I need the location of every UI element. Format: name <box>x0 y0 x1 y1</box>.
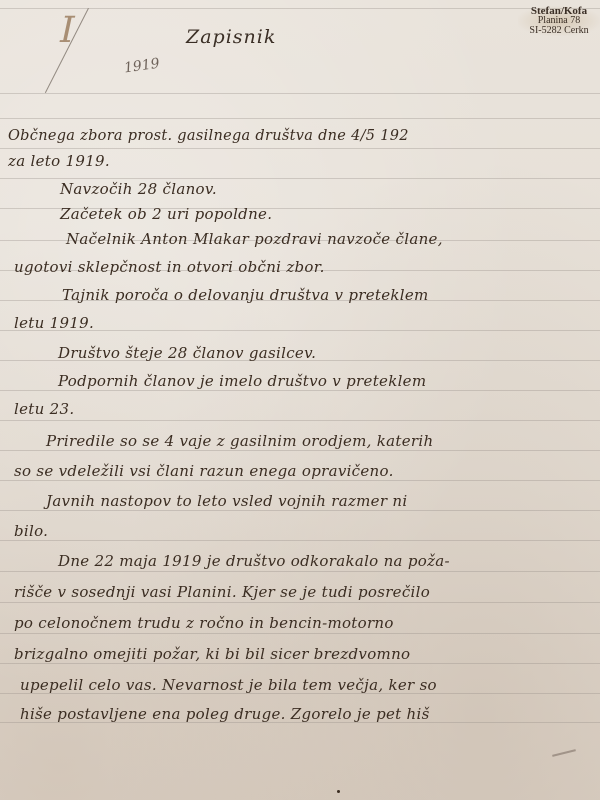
scanned-document-page: Stefan/Kofa Planina 78 SI-5282 Cerkn I 1… <box>0 0 600 800</box>
ruled-line <box>0 540 600 541</box>
text-line: brizgalno omejiti požar, ki bi bil sicer… <box>14 645 410 663</box>
ruled-line <box>0 663 600 664</box>
text-line: Podpornih članov je imelo društvo v pret… <box>58 372 426 390</box>
text-line: Začetek ob 2 uri popoldne. <box>60 205 272 223</box>
text-line: po celonočnem trudu z ročno in bencin-mo… <box>14 614 394 632</box>
text-line: Dne 22 maja 1919 je društvo odkorakalo n… <box>58 552 450 570</box>
ruled-line <box>0 118 600 119</box>
text-line: za leto 1919. <box>8 152 110 170</box>
text-line: Načelnik Anton Mlakar pozdravi navzoče č… <box>66 230 443 248</box>
ruled-line <box>0 420 600 421</box>
ruled-line <box>0 8 600 9</box>
ruled-line <box>0 602 600 603</box>
ruled-line <box>0 450 600 451</box>
text-line: Javnih nastopov to leto vsled vojnih raz… <box>46 492 407 510</box>
text-line: rišče v sosednji vasi Planini. Kjer se j… <box>14 583 430 601</box>
ruled-line <box>0 390 600 391</box>
ruled-line <box>0 480 600 481</box>
text-line: so se vdeležili vsi člani razun enega op… <box>14 462 394 480</box>
text-line: ugotovi sklepčnost in otvori občni zbor. <box>14 258 325 276</box>
ruled-line <box>0 148 600 149</box>
text-line: letu 23. <box>14 400 74 418</box>
text-line: bilo. <box>14 522 48 540</box>
text-line: Priredile so se 4 vaje z gasilnim orodje… <box>46 432 433 450</box>
ink-speck <box>337 790 340 793</box>
year-note: 1919 <box>123 56 161 77</box>
text-line: Občnega zbora prost. gasilnega društva d… <box>8 128 409 144</box>
ruled-line <box>0 510 600 511</box>
stamp-postcode: SI-5282 Cerkn <box>518 26 600 36</box>
text-line: upepelil celo vas. Nevarnost je bila tem… <box>20 676 437 694</box>
text-line: hiše postavljene ena poleg druge. Zgorel… <box>20 705 430 723</box>
ruled-line <box>0 178 600 179</box>
owner-stamp: Stefan/Kofa Planina 78 SI-5282 Cerkn <box>518 6 600 36</box>
text-line: Tajnik poroča o delovanju društva v pret… <box>62 286 429 304</box>
document-title: Zapisnik <box>186 26 276 48</box>
ruled-line <box>0 93 600 94</box>
text-line: Društvo šteje 28 članov gasilcev. <box>58 344 316 362</box>
ruled-line <box>0 571 600 572</box>
text-line: Navzočih 28 članov. <box>60 180 217 198</box>
pencil-mark <box>552 749 576 757</box>
ruled-line <box>0 633 600 634</box>
text-line: letu 1919. <box>14 314 94 332</box>
